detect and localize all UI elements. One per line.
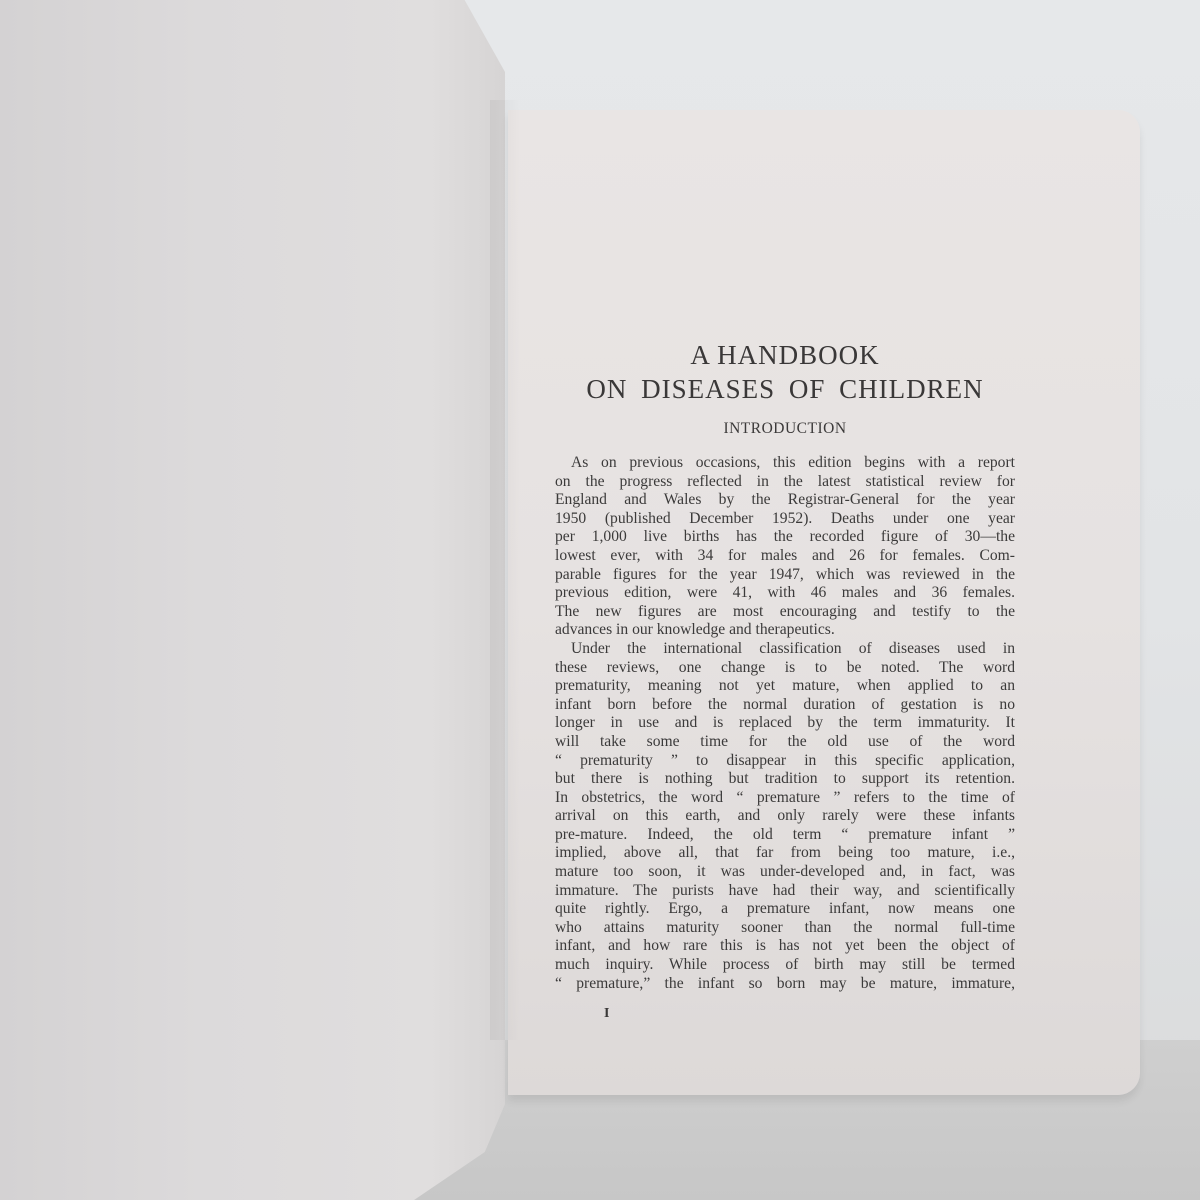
text-line: will take some time for the old use of t… bbox=[555, 733, 1015, 752]
left-blank-page bbox=[0, 0, 505, 1200]
text-line: pre-mature. Indeed, the old term “ prema… bbox=[555, 826, 1015, 845]
page-content: A HANDBOOK ON DISEASES OF CHILDREN INTRO… bbox=[555, 338, 1015, 993]
paragraph-1: As on previous occasions, this edition b… bbox=[555, 454, 1015, 640]
text-line: but there is nothing but tradition to su… bbox=[555, 770, 1015, 789]
text-line: parable figures for the year 1947, which… bbox=[555, 566, 1015, 585]
text-line: implied, above all, that far from being … bbox=[555, 844, 1015, 863]
text-line: these reviews, one change is to be noted… bbox=[555, 659, 1015, 678]
text-line: In obstetrics, the word “ premature ” re… bbox=[555, 789, 1015, 808]
text-line: prematurity, meaning not yet mature, whe… bbox=[555, 677, 1015, 696]
book-gutter bbox=[490, 100, 520, 1040]
text-line: The new figures are most encouraging and… bbox=[555, 603, 1015, 622]
text-line: previous edition, were 41, with 46 males… bbox=[555, 584, 1015, 603]
book-title-line-2: ON DISEASES OF CHILDREN bbox=[555, 372, 1015, 406]
text-line: arrival on this earth, and only rarely w… bbox=[555, 807, 1015, 826]
section-heading: INTRODUCTION bbox=[555, 420, 1015, 438]
book-title-line-1: A HANDBOOK bbox=[555, 338, 1015, 372]
text-line: “ premature,” the infant so born may be … bbox=[555, 975, 1015, 994]
text-line: who attains maturity sooner than the nor… bbox=[555, 919, 1015, 938]
text-line: on the progress reflected in the latest … bbox=[555, 473, 1015, 492]
text-line: advances in our knowledge and therapeuti… bbox=[555, 621, 1015, 640]
text-line: As on previous occasions, this edition b… bbox=[555, 454, 1015, 473]
text-line: quite rightly. Ergo, a premature infant,… bbox=[555, 900, 1015, 919]
text-line: Under the international classification o… bbox=[555, 640, 1015, 659]
page-number: I bbox=[604, 1006, 609, 1022]
text-line: lowest ever, with 34 for males and 26 fo… bbox=[555, 547, 1015, 566]
text-line: immature. The purists have had their way… bbox=[555, 882, 1015, 901]
text-line: longer in use and is replaced by the ter… bbox=[555, 714, 1015, 733]
text-line: infant born before the normal duration o… bbox=[555, 696, 1015, 715]
text-line: per 1,000 live births has the recorded f… bbox=[555, 528, 1015, 547]
paragraph-2: Under the international classification o… bbox=[555, 640, 1015, 993]
text-line: “ prematurity ” to disappear in this spe… bbox=[555, 752, 1015, 771]
text-line: England and Wales by the Registrar-Gener… bbox=[555, 491, 1015, 510]
text-line: 1950 (published December 1952). Deaths u… bbox=[555, 510, 1015, 529]
text-line: infant, and how rare this is has not yet… bbox=[555, 937, 1015, 956]
text-line: much inquiry. While process of birth may… bbox=[555, 956, 1015, 975]
text-line: mature too soon, it was under-developed … bbox=[555, 863, 1015, 882]
